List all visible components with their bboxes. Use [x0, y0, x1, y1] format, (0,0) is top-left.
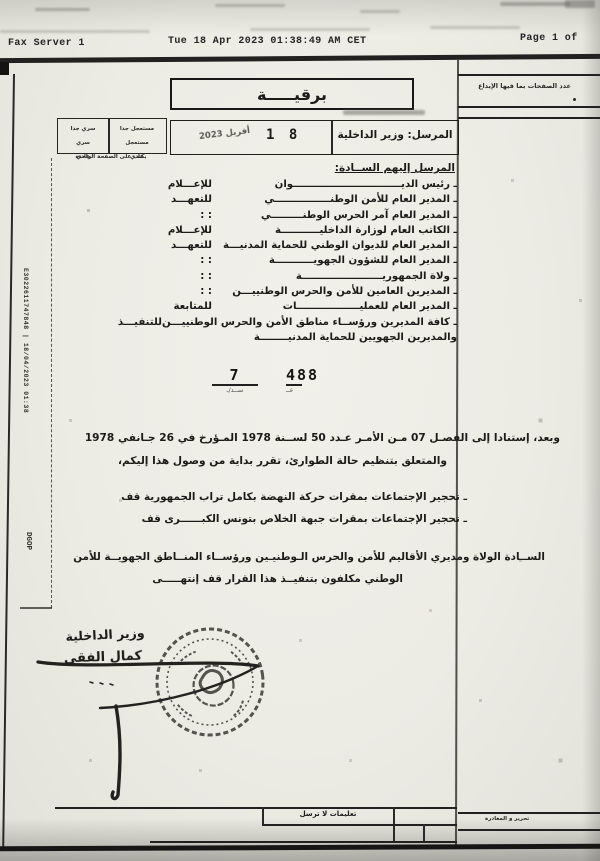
margin-dept-code: DGOP	[24, 532, 32, 550]
recipient-text: ـ المدير العام للديوان الوطني للحماية ال…	[212, 240, 457, 251]
recipient-row: ـ المدير العام للديوان الوطني للحماية ال…	[160, 240, 457, 255]
header-rule	[458, 106, 600, 108]
scan-smudge	[360, 10, 400, 13]
ref-left-number: 7	[229, 366, 240, 384]
body-paragraph2-line2: الوطني مكلفون بتنفيــذ هذا القرار قف إنت…	[148, 573, 403, 585]
recipient-text: ـ المديرين العامين للأمن والحرس الوطنييـ…	[212, 286, 457, 297]
footer-rule	[458, 829, 600, 831]
sender-label: المرسل: وزير الداخلية	[337, 129, 453, 141]
body-paragraph1-line1: وبعد، إستنادا إلى الفصـل 07 مـن الأمـر ع…	[33, 432, 560, 444]
recipient-text: ـ المدير العام للشؤون الجهويـــــــــــة	[212, 255, 457, 266]
recipient-note: للتعهـــد	[160, 240, 212, 251]
recipient-row: ـ المدير العام للأمن الوطنــــــــــــــ…	[160, 194, 457, 209]
classification-cells: سري جدا سري عادي مستعجل جدا مستعجل عادي	[57, 118, 167, 154]
header-rule	[458, 74, 600, 76]
signature-strokes	[30, 610, 270, 810]
date-day: 1 8	[266, 127, 300, 143]
scan-smudge	[500, 2, 570, 6]
recipient-note: : :	[160, 255, 212, 266]
scan-noise	[0, 0, 1, 1]
reference-numbers: 7 ســد/ـ 488 عــ	[212, 366, 319, 394]
recipient-row: ـ المدير العام آمر الحرس الوطنـــــــــي…	[160, 210, 457, 225]
secrecy-line: سري جدا	[71, 126, 96, 132]
recipient-note: : :	[160, 286, 212, 297]
recipient-row: والمديرين الجهويين للحماية المدنيـــــــ…	[160, 332, 457, 347]
urgency-line: مستعجل جدا	[120, 126, 154, 132]
secrecy-line: سري	[76, 140, 90, 146]
document-page: Fax Server 1 Tue 18 Apr 2023 01:38:49 AM…	[0, 0, 600, 861]
form-left-border	[2, 74, 14, 850]
single-page-note: يكتب على الصفحة الواحدة	[57, 154, 165, 160]
margin-tick-line	[20, 607, 52, 609]
recipient-row: ـ المديرين العامين للأمن والحرس الوطنييـ…	[160, 286, 457, 301]
smudged-code-text	[343, 110, 425, 115]
recipient-text: ـ كافة المديرين ورؤســاء مناطق الأمن وال…	[162, 317, 457, 328]
pages-note: عدد الصفحات بما فيها الإيداع	[462, 82, 587, 90]
scan-smudge	[430, 26, 520, 29]
sender-date-row: المرسل: وزير الداخلية 1 8 أفريل 2023	[170, 120, 459, 155]
scan-time-text: 18/04/2023 01:38	[22, 343, 29, 413]
recipient-text: ـ المدير العام للعمليــــــــــــــــــا…	[212, 301, 457, 312]
margin-fax-code: E3022611747848 | 18/04/2023 01:38	[22, 268, 29, 413]
recipient-note: للإعـــلام	[160, 179, 212, 190]
recipient-text: ـ المدير العام للأمن الوطنــــــــــــــ…	[212, 194, 457, 205]
recipient-text: ـ رئيس الديـــــــــــــــــــــــــــــ…	[212, 179, 457, 190]
recipient-text: ـ الكاتب العام لوزارة الداخليـــــــــــ…	[212, 225, 457, 236]
footer-divider	[423, 824, 425, 841]
recipient-row: ـ رئيس الديـــــــــــــــــــــــــــــ…	[160, 179, 457, 194]
header-rule	[458, 117, 600, 119]
recipient-row: ـ ولاة الجمهوريـــــــــــــــــــــــة:…	[160, 271, 457, 286]
footer-rule	[55, 807, 457, 809]
margin-divider-line	[51, 158, 52, 608]
telegram-title: برقيـــــة	[257, 85, 327, 104]
urgency-line: مستعجل	[125, 140, 148, 146]
recipient-note: للإعـــلام	[160, 225, 212, 236]
scan-smudge	[0, 30, 150, 33]
scan-smudge	[565, 0, 595, 8]
scan-artifact	[0, 62, 9, 75]
footer-rule	[458, 812, 600, 814]
footer-rule	[262, 824, 457, 826]
recipients-heading: المرسل إليهم الســادة:	[305, 162, 455, 174]
cell-divider	[108, 119, 110, 153]
footer-release-label: تحرير و المغادرة	[485, 816, 529, 822]
body-paragraph2-line1: الســادة الولاة ومديري الأقاليم للأمن وا…	[40, 551, 545, 563]
recipient-text: والمديرين الجهويين للحماية المدنيـــــــ…	[212, 332, 457, 343]
recipient-row: ـ المدير العام للعمليــــــــــــــــــا…	[160, 301, 457, 316]
fax-separator-line	[0, 54, 600, 63]
fax-server-label: Fax Server 1	[8, 38, 85, 49]
fax-datetime: Tue 18 Apr 2023 01:38:49 AM CET	[168, 36, 366, 47]
scan-smudge	[35, 8, 90, 11]
recipient-note: للتعهـــد	[160, 194, 212, 205]
recipient-row: ـ الكاتب العام لوزارة الداخليـــــــــــ…	[160, 225, 457, 240]
recipient-text: ـ ولاة الجمهوريـــــــــــــــــــــــة	[212, 271, 457, 282]
fax-code-text: E3022611747848	[22, 268, 29, 330]
body-bullet2: ـ تحجير الإجتماعات بمقرات جبهة الخلاص بت…	[120, 513, 467, 525]
date-stamp: أفريل 2023	[199, 126, 251, 142]
scan-smudge	[250, 28, 370, 31]
recipient-note: : :	[160, 271, 212, 282]
ref-left-sub: ســد/ـ	[227, 386, 244, 394]
ref-right: 488 عــ	[286, 366, 319, 394]
recipient-note: : :	[160, 210, 212, 221]
body-bullet1: ـ تحجير الإجتماعات بمقرات حركة النهضة بك…	[120, 491, 467, 503]
ref-right-sub: عــ	[286, 386, 294, 394]
scan-smudge	[215, 4, 285, 7]
footer-divider	[262, 807, 264, 824]
recipient-row: ـ المدير العام للشؤون الجهويـــــــــــة…	[160, 255, 457, 270]
form-bottom-border	[0, 844, 600, 851]
cell-divider	[331, 121, 333, 154]
recipient-note: للتنفيـــذ	[118, 317, 162, 328]
recipients-list: ـ رئيس الديـــــــــــــــــــــــــــــ…	[160, 179, 457, 347]
telegram-title-box: برقيـــــة	[170, 78, 414, 110]
recipient-text: ـ المدير العام آمر الحرس الوطنـــــــــي	[212, 210, 457, 221]
footer-rule	[150, 841, 457, 843]
recipient-note: للمتابعة	[160, 301, 212, 312]
ref-right-number: 488	[286, 366, 319, 384]
footer-instructions-label: تعليمات لا ترسل	[266, 810, 390, 818]
body-paragraph1-line2: والمتعلق بتنظيم حالة الطوارئ، تقرر بداية…	[127, 455, 447, 467]
recipient-row: ـ كافة المديرين ورؤســاء مناطق الأمن وال…	[160, 317, 457, 332]
scan-dot	[573, 98, 576, 101]
fax-page-label: Page 1 of	[520, 33, 578, 44]
ref-left: 7 ســد/ـ	[212, 366, 258, 394]
